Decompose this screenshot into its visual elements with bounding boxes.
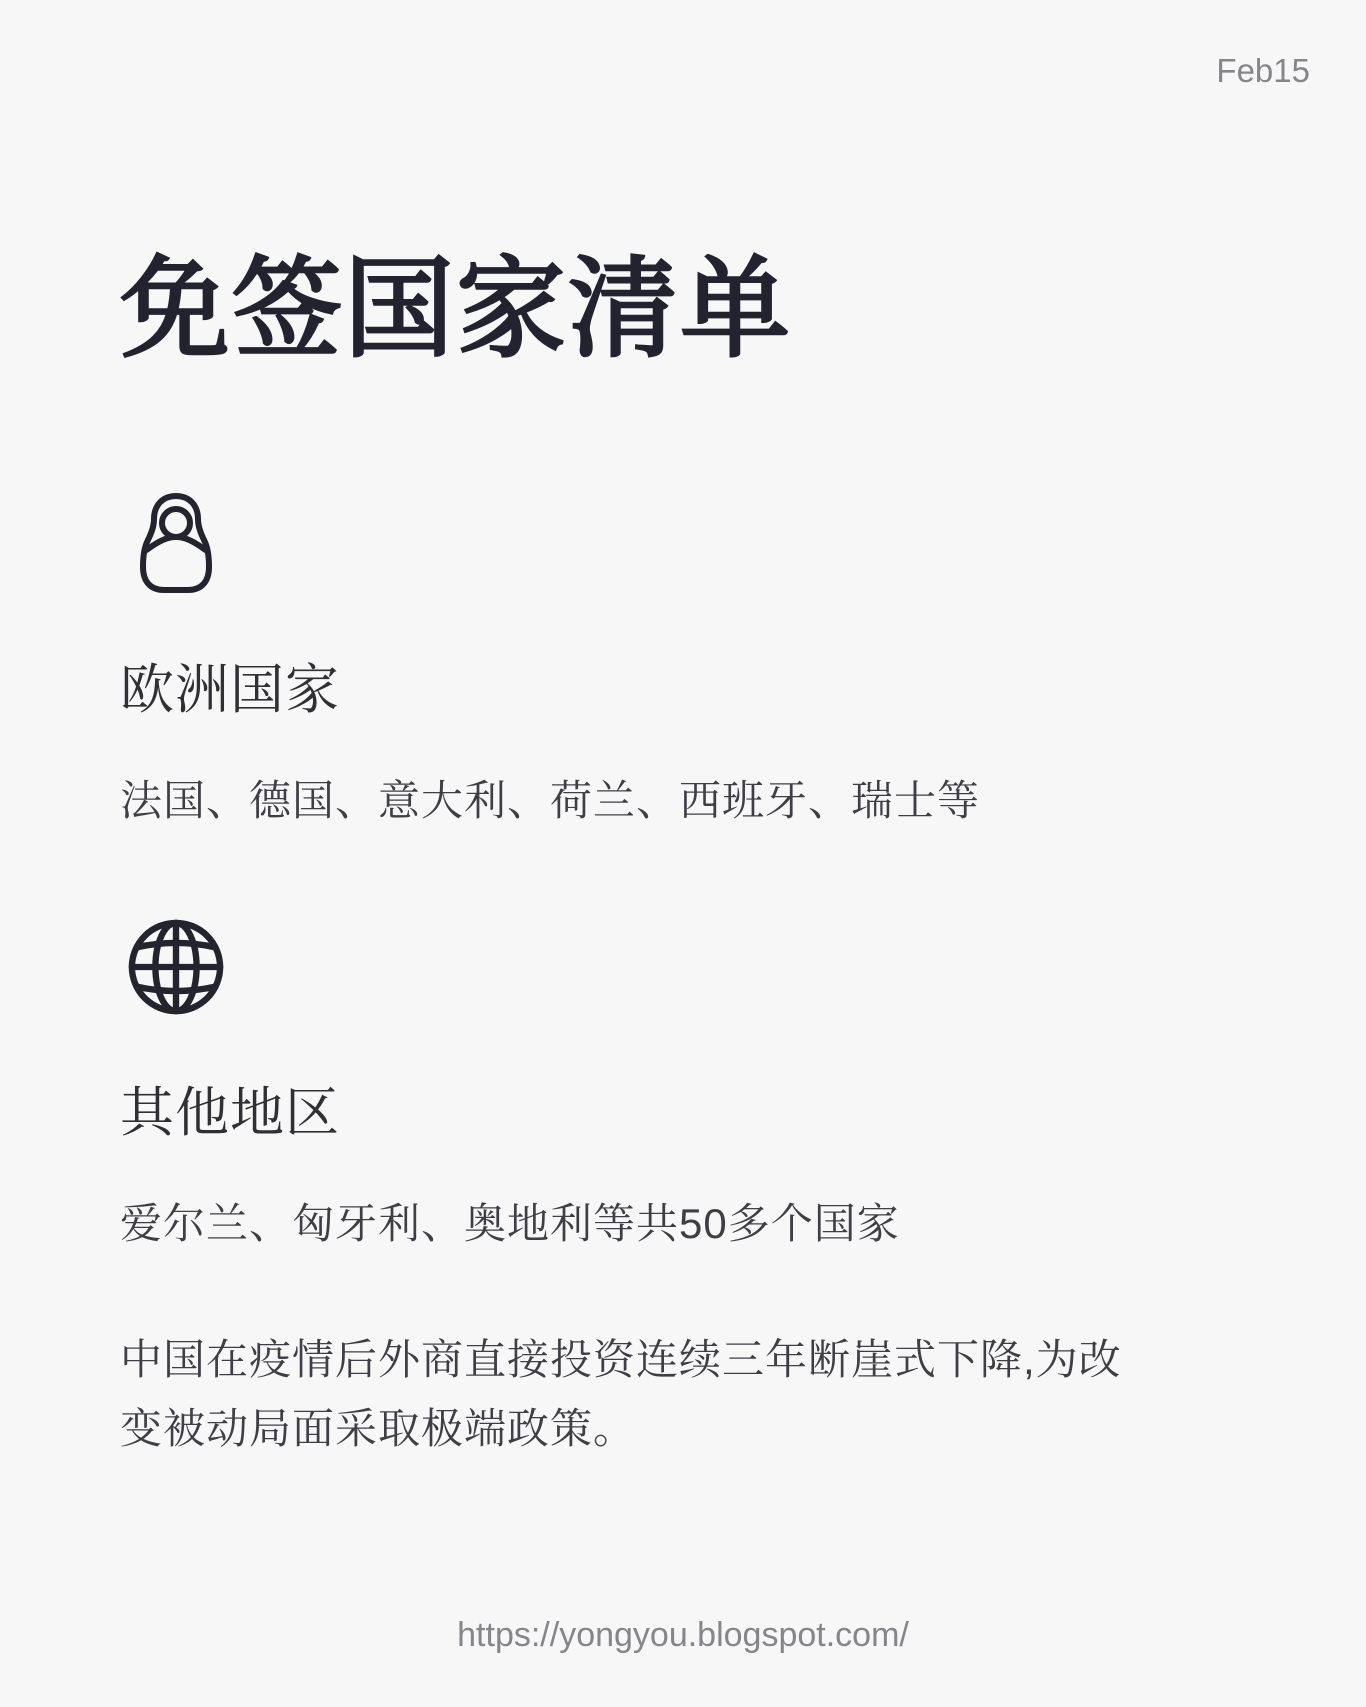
footer-url: https://yongyou.blogspot.com/ xyxy=(0,1616,1366,1655)
page-title: 免签国家清单 xyxy=(120,238,1246,381)
section-body-europe: 法国、德国、意大利、荷兰、西班牙、瑞士等 xyxy=(120,768,1246,828)
section-body-other: 爱尔兰、匈牙利、奥地利等共50多个国家 xyxy=(120,1191,1246,1251)
globe-icon xyxy=(126,918,1246,1016)
section-europe: 欧洲国家 法国、德国、意大利、荷兰、西班牙、瑞士等 xyxy=(120,493,1246,828)
closing-paragraph: 中国在疫情后外商直接投资连续三年断崖式下降,为改变被动局面采取极端政策。 xyxy=(120,1325,1130,1464)
main-content: 免签国家清单 欧洲国家 法国、德国、意大利、荷兰、西班牙、瑞士等 其他地区 爱尔… xyxy=(0,0,1366,1464)
section-other-regions: 其他地区 爱尔兰、匈牙利、奥地利等共50多个国家 xyxy=(120,918,1246,1251)
matryoshka-icon xyxy=(140,493,1246,593)
section-heading-europe: 欧洲国家 xyxy=(120,647,1246,724)
date-label: Feb15 xyxy=(1216,52,1310,90)
page: { "page": { "date": "Feb15", "title": "免… xyxy=(0,0,1366,1707)
section-heading-other: 其他地区 xyxy=(120,1070,1246,1147)
